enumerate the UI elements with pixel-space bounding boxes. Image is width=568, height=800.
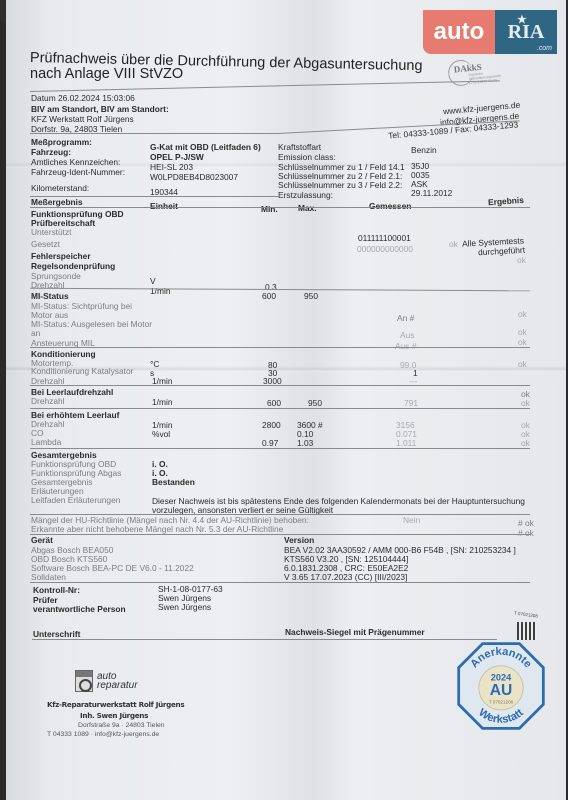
leerlauf-result-2: ok xyxy=(521,398,530,408)
obd-unterstuetzt-label: Unterstützt xyxy=(31,227,72,237)
obd-gesetzt-value: 000000000000 xyxy=(357,244,413,254)
station-name: KFZ Werkstatt Rolf Jürgens xyxy=(31,114,134,124)
stamp-address: Dorfstraße 9a · 24803 Tielen xyxy=(78,722,165,729)
leitfaden-label: Leitfaden Erläuterungen xyxy=(31,495,120,505)
motortemp-result: ok xyxy=(518,359,527,369)
col-messergebnis: Meßergebnis xyxy=(31,197,83,207)
obd-drehzahl-max: 950 xyxy=(304,291,318,301)
mil-row1-result: ok xyxy=(518,309,527,319)
kontroll-nr-label: Kontroll-Nr: xyxy=(33,585,80,595)
messprogramm-label: Meßprogramm: xyxy=(31,137,92,147)
fahrzeug-value: OPEL P-J/SW xyxy=(150,152,204,162)
document-subtitle: nach Anlage VIII StVZO xyxy=(30,65,183,83)
fehlerspeicher-heading: Fehlerspeicher xyxy=(31,251,91,261)
kennzeichen-label: Amtliches Kennzeichen: xyxy=(31,157,120,167)
mil-row3-result: ok xyxy=(518,337,527,347)
mil-row2-label-2: an xyxy=(31,328,40,338)
mil-row2-result: ok xyxy=(518,327,527,337)
regelsonde-heading: Regelsondenprüfung xyxy=(31,261,115,271)
leerlauf-min: 600 xyxy=(267,398,281,408)
geraet-heading: Gerät xyxy=(31,535,53,545)
erhoeht-min: 0.97 xyxy=(262,438,278,448)
col-min: Min. xyxy=(261,204,278,214)
obd-result-ok: ok xyxy=(449,239,458,249)
au-seal-sticker: Anerkannte Werkstatt 2024 AU T 07021208 xyxy=(455,640,547,732)
stamp-company: Kfz-Reparaturwerkstatt Rolf Jürgens xyxy=(47,700,184,709)
test-date: Datum 26.02.2024 15:03:06 xyxy=(31,93,135,103)
kraftstoff-label: Kraftstoffart xyxy=(278,142,321,152)
leerlauf-drehzahl-label: Drehzahl xyxy=(31,396,65,406)
erhoeht-value: 1.011 xyxy=(396,438,416,448)
kat-label: Konditionierung Katalysator xyxy=(31,366,133,376)
erhoeht-unit: %vol xyxy=(152,429,170,439)
maengel-row2: Erkannte aber nicht behobene Mängel nach… xyxy=(31,524,283,534)
star-icon: ★ xyxy=(517,13,527,26)
station-heading: BIV am Standort, BIV am Standort: xyxy=(31,104,169,114)
mil-row1-value: An # xyxy=(397,313,414,323)
emission-label: Emission class: xyxy=(278,152,336,162)
obd-gesetzt-label: Gesetzt xyxy=(31,239,60,249)
obd-unterstuetzt-value: 011111100001 xyxy=(358,233,411,243)
version-heading: Version xyxy=(284,535,314,545)
sprungsonde-unit: V xyxy=(150,276,156,286)
messprogramm-value: G-Kat mit OBD (Leitfaden 6) xyxy=(150,142,261,152)
stamp-brand: autoreparatur xyxy=(97,672,138,690)
fin-value: W0LPD8EB4D8023007 xyxy=(150,172,238,182)
col-gemessen: Gemessen xyxy=(369,201,411,211)
mil-heading: MI-Status xyxy=(31,291,69,301)
stamp-contact: T 04333 1089 · info@kfz-juergens.de xyxy=(47,731,159,738)
unterschrift-label: Unterschrift xyxy=(33,629,80,639)
obd-drehzahl-min: 600 xyxy=(262,291,276,301)
verantwortliche-person-label: verantwortliche Person xyxy=(33,604,126,614)
geraet-name: Solldaten xyxy=(31,572,66,582)
maengel-row2-result: # ok xyxy=(518,528,534,538)
ez-value: 29.11.2012 xyxy=(411,188,452,198)
leerlauf-value: 791 xyxy=(404,398,418,408)
datamatrix-code xyxy=(517,622,537,640)
ez-label: Erstzulassung: xyxy=(278,190,333,200)
maengel-row1-value: Nein xyxy=(403,515,420,525)
geraet-version: V 3.65 17.07.2023 (CC) [III/2023] xyxy=(284,572,407,582)
erhoeht-result: ok xyxy=(521,438,530,448)
mil-row2-label: MI-Status: Ausgelesen bei Motor xyxy=(31,319,152,329)
autoria-watermark: auto ★ RIA .com xyxy=(423,10,557,54)
siegel-label: Nachweis-Siegel mit Prägenummer xyxy=(285,627,425,637)
watermark-ria: ★ RIA .com xyxy=(495,10,557,54)
sn3-label: Schlüsselnummer zu 3 / Feld 2.2: xyxy=(278,180,402,190)
kennzeichen-value: HEI-SL 203 xyxy=(150,162,193,172)
mil-row3-value: Aus # xyxy=(395,341,416,351)
fahrzeug-label: Fahrzeug: xyxy=(31,147,71,157)
workshop-logo-icon xyxy=(75,670,93,692)
kraftstoff-value: Benzin xyxy=(411,145,437,155)
fin-label: Fahrzeug-Ident-Nummer: xyxy=(31,167,125,177)
erhoeht-min: 2800 xyxy=(262,420,281,430)
watermark-auto: auto xyxy=(423,10,495,54)
leerlauf-max: 950 xyxy=(308,398,322,408)
mil-row2-value: Aus xyxy=(400,330,414,340)
svg-text:2024: 2024 xyxy=(491,672,512,682)
maengel-row1-result: # ok xyxy=(518,518,534,528)
gesamt-value: Bestanden xyxy=(152,477,195,487)
svg-text:AU: AU xyxy=(490,682,513,699)
erhoeht-label: Lambda xyxy=(31,437,61,447)
erhoeht-max: 1.03 xyxy=(297,438,313,448)
col-max: Max. xyxy=(298,203,317,213)
verantwortliche-person-value: Swen Jürgens xyxy=(158,602,211,612)
col-einheit: Einheit xyxy=(150,201,178,211)
obd-result-ok-2: ok xyxy=(517,255,526,265)
km-label: Kilometerstand: xyxy=(31,183,89,193)
leerlauf-unit: 1/min xyxy=(152,397,172,407)
svg-text:T 07021208: T 07021208 xyxy=(489,699,514,704)
stamp-owner: Inh. Swen Jürgens xyxy=(80,711,148,720)
